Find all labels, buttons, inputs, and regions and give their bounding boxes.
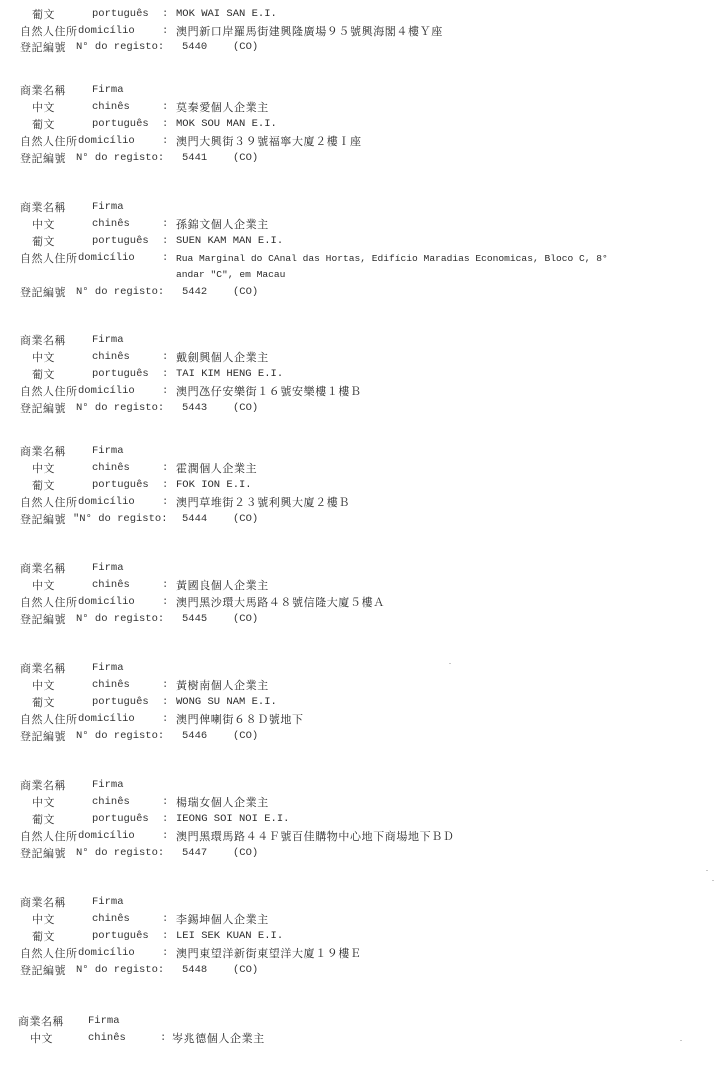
colon: : <box>162 928 168 945</box>
chinese-label-pt: chinês <box>92 794 130 811</box>
firm-label-cn: 商業名稱 <box>20 82 66 99</box>
domicile-label-cn: 自然人住所 <box>20 594 78 611</box>
colon: : <box>162 911 168 928</box>
colon: : <box>162 366 168 383</box>
domicile-value: 澳門氹仔安樂街１６號安樂樓１樓Ｂ <box>176 383 362 400</box>
portuguese-label-cn: 葡文 <box>32 477 55 494</box>
portuguese-label-pt: português <box>92 366 149 383</box>
scan-speck <box>680 1040 682 1041</box>
portuguese-label-pt: português <box>92 928 149 945</box>
colon: : <box>162 233 168 250</box>
portuguese-label-cn: 葡文 <box>32 233 55 250</box>
domicile-label-pt: domicílio <box>78 828 135 845</box>
colon: : <box>162 216 168 233</box>
colon: : <box>162 945 168 962</box>
registry-number: 5448 <box>182 962 207 979</box>
portuguese-label-pt: português <box>92 116 149 133</box>
domicile-value: 澳門草堆街２３號利興大廈２樓Ｂ <box>176 494 350 511</box>
document-page: 葡文 português : MOK WAI SAN E.I. 自然人住所 do… <box>0 0 727 1066</box>
registry-number: 5445 <box>182 611 207 628</box>
firm-label-cn: 商業名稱 <box>20 660 66 677</box>
portuguese-label-pt: português <box>92 694 149 711</box>
firm-label-pt: Firma <box>88 1013 120 1030</box>
portuguese-name-value: FOK ION E.I. <box>176 477 252 494</box>
registry-label-cn: 登記編號 <box>20 400 66 417</box>
portuguese-label-cn: 葡文 <box>32 116 55 133</box>
registry-label-pt: N° do registo: <box>76 845 164 862</box>
firm-label-pt: Firma <box>92 894 124 911</box>
chinese-label-pt: chinês <box>92 349 130 366</box>
domicile-value: Rua Marginal do CAnal das Hortas, Edifíc… <box>176 250 608 267</box>
chinese-label-pt: chinês <box>92 911 130 928</box>
registry-label-cn: 登記編號 <box>20 284 66 301</box>
colon: : <box>162 677 168 694</box>
firm-label-pt: Firma <box>92 560 124 577</box>
domicile-label-pt: domicílio <box>78 594 135 611</box>
colon: : <box>162 828 168 845</box>
colon: : <box>162 811 168 828</box>
registry-label-pt: N° do registo: <box>76 39 164 56</box>
portuguese-label-pt: português <box>92 6 149 23</box>
portuguese-label-pt: português <box>92 477 149 494</box>
chinese-name-value: 戴劍興個人企業主 <box>176 349 269 366</box>
registry-code: (CO) <box>233 284 258 301</box>
chinese-label-pt: chinês <box>92 216 130 233</box>
registry-label-pt: "N° do registo: <box>73 511 168 528</box>
firm-label-cn: 商業名稱 <box>20 894 66 911</box>
registry-label-cn: 登記編號 <box>20 962 66 979</box>
registry-number: 5441 <box>182 150 207 167</box>
chinese-label-cn: 中文 <box>32 677 55 694</box>
colon: : <box>162 6 168 23</box>
domicile-label-cn: 自然人住所 <box>20 250 78 267</box>
firm-label-pt: Firma <box>92 199 124 216</box>
chinese-label-pt: chinês <box>92 460 130 477</box>
registry-number: 5444 <box>182 511 207 528</box>
domicile-label-pt: domicílio <box>78 383 135 400</box>
registry-label-cn: 登記編號 <box>20 39 66 56</box>
portuguese-label-cn: 葡文 <box>32 928 55 945</box>
firm-label-pt: Firma <box>92 332 124 349</box>
portuguese-label-cn: 葡文 <box>32 694 55 711</box>
domicile-value: 澳門俾喇街６８Ｄ號地下 <box>176 711 304 728</box>
portuguese-name-value: MOK SOU MAN E.I. <box>176 116 277 133</box>
scan-speck <box>706 870 708 871</box>
firm-label-pt: Firma <box>92 82 124 99</box>
chinese-name-value: 孫錦文個人企業主 <box>176 216 269 233</box>
firm-label-cn: 商業名稱 <box>20 560 66 577</box>
registry-label-cn: 登記編號 <box>20 511 66 528</box>
domicile-label-cn: 自然人住所 <box>20 711 78 728</box>
chinese-label-cn: 中文 <box>30 1030 53 1047</box>
portuguese-name-value: TAI KIM HENG E.I. <box>176 366 283 383</box>
colon: : <box>162 349 168 366</box>
domicile-label-pt: domicílio <box>78 711 135 728</box>
registry-code: (CO) <box>233 962 258 979</box>
colon: : <box>162 694 168 711</box>
chinese-name-value: 霍潤個人企業主 <box>176 460 257 477</box>
colon: : <box>162 494 168 511</box>
colon: : <box>160 1030 166 1047</box>
registry-number: 5440 <box>182 39 207 56</box>
domicile-label-cn: 自然人住所 <box>20 383 78 400</box>
chinese-label-cn: 中文 <box>32 99 55 116</box>
chinese-label-cn: 中文 <box>32 460 55 477</box>
registry-number: 5442 <box>182 284 207 301</box>
portuguese-name-value: WONG SU NAM E.I. <box>176 694 277 711</box>
colon: : <box>162 250 168 267</box>
registry-number: 5447 <box>182 845 207 862</box>
chinese-label-cn: 中文 <box>32 911 55 928</box>
portuguese-label-cn: 葡文 <box>32 6 55 23</box>
domicile-label-pt: domicílio <box>78 133 135 150</box>
colon: : <box>162 116 168 133</box>
chinese-name-value: 李錫坤個人企業主 <box>176 911 269 928</box>
chinese-name-value: 莫秦愛個人企業主 <box>176 99 269 116</box>
registry-label-pt: N° do registo: <box>76 284 164 301</box>
chinese-label-pt: chinês <box>88 1030 126 1047</box>
portuguese-name-value: LEI SEK KUAN E.I. <box>176 928 283 945</box>
domicile-value-line2: andar "C", em Macau <box>176 266 285 283</box>
colon: : <box>162 711 168 728</box>
colon: : <box>162 133 168 150</box>
registry-code: (CO) <box>233 845 258 862</box>
chinese-label-pt: chinês <box>92 677 130 694</box>
colon: : <box>162 460 168 477</box>
registry-label-pt: N° do registo: <box>76 962 164 979</box>
portuguese-name-value: SUEN KAM MAN E.I. <box>176 233 283 250</box>
domicile-value: 澳門東望洋新街東望洋大廈１９樓Ｅ <box>176 945 362 962</box>
firm-label-pt: Firma <box>92 443 124 460</box>
registry-code: (CO) <box>233 400 258 417</box>
colon: : <box>162 477 168 494</box>
domicile-value: 澳門黑環馬路４４Ｆ號百佳購物中心地下商場地下ＢＤ <box>176 828 454 845</box>
firm-label-cn: 商業名稱 <box>20 332 66 349</box>
portuguese-label-cn: 葡文 <box>32 811 55 828</box>
chinese-name-value: 黃樹南個人企業主 <box>176 677 269 694</box>
registry-number: 5443 <box>182 400 207 417</box>
firm-label-cn: 商業名稱 <box>20 199 66 216</box>
portuguese-label-cn: 葡文 <box>32 366 55 383</box>
scan-speck <box>712 880 714 881</box>
portuguese-name-value: IEONG SOI NOI E.I. <box>176 811 289 828</box>
domicile-value: 澳門黑沙環大馬路４８號信隆大廈５樓Ａ <box>176 594 385 611</box>
registry-code: (CO) <box>233 611 258 628</box>
domicile-label-pt: domicílio <box>78 494 135 511</box>
registry-code: (CO) <box>233 728 258 745</box>
colon: : <box>162 99 168 116</box>
registry-label-pt: N° do registo: <box>76 150 164 167</box>
chinese-label-cn: 中文 <box>32 216 55 233</box>
registry-label-pt: N° do registo: <box>76 611 164 628</box>
registry-label-cn: 登記編號 <box>20 845 66 862</box>
colon: : <box>162 594 168 611</box>
domicile-label-cn: 自然人住所 <box>20 494 78 511</box>
registry-code: (CO) <box>233 511 258 528</box>
colon: : <box>162 383 168 400</box>
registry-label-cn: 登記編號 <box>20 611 66 628</box>
domicile-label-pt: domicílio <box>78 945 135 962</box>
domicile-value: 澳門大興街３９號福寧大廈２樓Ｉ座 <box>176 133 362 150</box>
scan-speck <box>449 663 451 664</box>
firm-label-cn: 商業名稱 <box>18 1013 64 1030</box>
registry-label-cn: 登記編號 <box>20 150 66 167</box>
registry-label-cn: 登記編號 <box>20 728 66 745</box>
chinese-name-value: 黃國良個人企業主 <box>176 577 269 594</box>
firm-label-pt: Firma <box>92 660 124 677</box>
portuguese-label-pt: português <box>92 233 149 250</box>
chinese-name-value: 岑兆德個人企業主 <box>172 1030 265 1047</box>
domicile-label-cn: 自然人住所 <box>20 23 78 40</box>
registry-code: (CO) <box>233 39 258 56</box>
chinese-label-pt: chinês <box>92 99 130 116</box>
firm-label-cn: 商業名稱 <box>20 777 66 794</box>
domicile-value: 澳門新口岸羅馬街建興隆廣場９５號興海閣４樓Ｙ座 <box>176 23 443 40</box>
colon: : <box>162 577 168 594</box>
chinese-label-pt: chinês <box>92 577 130 594</box>
portuguese-name-value: MOK WAI SAN E.I. <box>176 6 277 23</box>
domicile-label-cn: 自然人住所 <box>20 133 78 150</box>
registry-label-pt: N° do registo: <box>76 400 164 417</box>
registry-number: 5446 <box>182 728 207 745</box>
firm-label-pt: Firma <box>92 777 124 794</box>
chinese-name-value: 楊瑞女個人企業主 <box>176 794 269 811</box>
chinese-label-cn: 中文 <box>32 577 55 594</box>
registry-label-pt: N° do registo: <box>76 728 164 745</box>
chinese-label-cn: 中文 <box>32 794 55 811</box>
portuguese-label-pt: português <box>92 811 149 828</box>
domicile-label-pt: domicílio <box>78 23 135 40</box>
chinese-label-cn: 中文 <box>32 349 55 366</box>
domicile-label-pt: domicílio <box>78 250 135 267</box>
firm-label-cn: 商業名稱 <box>20 443 66 460</box>
domicile-label-cn: 自然人住所 <box>20 945 78 962</box>
registry-code: (CO) <box>233 150 258 167</box>
domicile-label-cn: 自然人住所 <box>20 828 78 845</box>
colon: : <box>162 794 168 811</box>
colon: : <box>162 23 168 40</box>
